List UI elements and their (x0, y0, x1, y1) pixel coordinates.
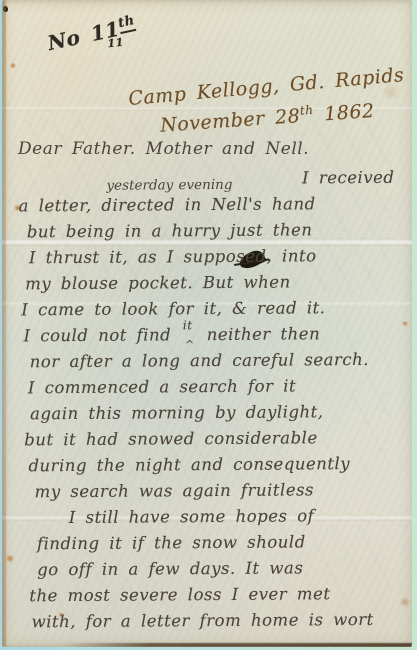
letter-line: but it had snowed considerable (24, 425, 412, 454)
letter-line: with, for a letter from home is wort (31, 607, 412, 636)
letter-line: the most severe loss I ever met (29, 581, 412, 610)
dateline-date-day: November 28 (160, 105, 301, 137)
scan-background: No 11th 11 Camp Kellogg, Gd. Rapids Nove… (0, 0, 417, 650)
caret-insertion: it^ (181, 324, 197, 341)
letter-line: nor after a long and careful search. (30, 347, 412, 376)
letter-line: I commenced a search for it (28, 373, 412, 402)
interline-insertion: yesterday evening (106, 177, 232, 194)
letter-line: I thrust it, as I supposed, into (29, 243, 411, 272)
line-text: I could not find (23, 325, 181, 345)
letter-line: during the night and consequently (28, 451, 412, 480)
letter-line: my blouse pocket. But when (25, 269, 411, 298)
letter-line: I could not find it^ neither then (23, 321, 411, 350)
caret-mark: ^ (185, 332, 195, 358)
letter-line: but being in a hurry just then (27, 217, 411, 246)
line-text: neither then (197, 324, 320, 344)
paper-stain (6, 554, 14, 563)
dateline-date-ordinal: th (299, 103, 314, 118)
letter-line: my search was again fruitless (35, 477, 412, 506)
letter-number: No 11th 11 (46, 13, 140, 64)
paper-edge (2, 0, 6, 647)
dateline-date-year: 1862 (324, 100, 376, 125)
paper-stain (10, 62, 16, 69)
letter-line: I still have some hopes of (69, 503, 412, 531)
letter-body: yesterday evening I received a letter, d… (18, 165, 412, 636)
letter-line: a letter, directed in Nell's hand (19, 191, 411, 220)
letter-line: finding it if the snow should (37, 529, 412, 558)
salutation: Dear Father. Mother and Nell. (18, 139, 309, 159)
letter-paper: No 11th 11 Camp Kellogg, Gd. Rapids Nove… (2, 0, 412, 647)
letter-number-sub: 11 (107, 34, 140, 50)
letter-line: I came to look for it, & read it. (21, 295, 411, 324)
paper-edge (62, 643, 412, 647)
letter-line: again this morning by daylight, (30, 399, 412, 428)
letter-line: go off in a few days. It was (37, 555, 412, 584)
letter-number-ordinal: th (117, 13, 137, 34)
